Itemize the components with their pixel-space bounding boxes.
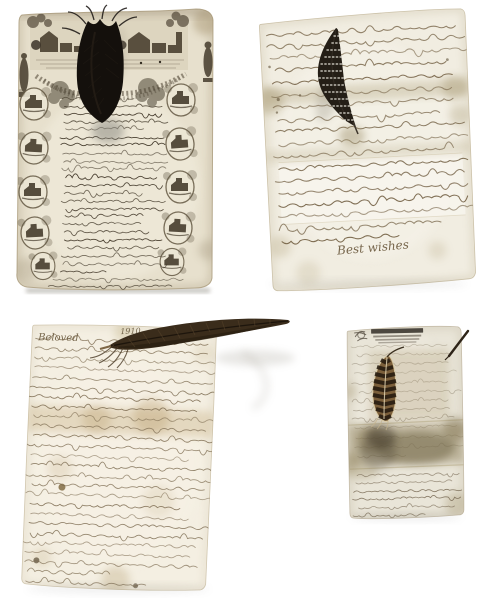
shadow-under-letter2 bbox=[268, 279, 468, 289]
scene-canvas: Best wishes bbox=[0, 0, 490, 601]
feather-bar bbox=[381, 360, 390, 362]
figure bbox=[159, 61, 161, 63]
right-statue-base bbox=[203, 78, 214, 82]
left-statue bbox=[20, 58, 29, 92]
feather-bar bbox=[379, 416, 391, 418]
stain bbox=[198, 240, 218, 260]
foliage bbox=[37, 14, 46, 23]
opening-word: Beloved bbox=[37, 332, 79, 344]
photograph-four-letters: Best wishes bbox=[0, 0, 490, 601]
feather-bar bbox=[377, 367, 393, 369]
foliage bbox=[172, 12, 181, 21]
foliage bbox=[166, 19, 174, 27]
letter-beloved: Beloved 1910 bbox=[21, 319, 219, 597]
shadow-under-letter4 bbox=[350, 513, 462, 521]
feather-tip-shadow bbox=[92, 119, 124, 143]
bouquet bbox=[59, 99, 69, 109]
left-statue-head bbox=[21, 53, 27, 59]
tree bbox=[31, 40, 41, 50]
feather-tip-stain bbox=[339, 126, 365, 146]
letter-wartime: Best wishes bbox=[251, 8, 480, 293]
feather-shadow-soft bbox=[360, 436, 396, 468]
right-statue bbox=[204, 47, 213, 77]
shadow-under-letter3 bbox=[26, 584, 210, 594]
foliage bbox=[44, 19, 52, 27]
bouquet bbox=[136, 90, 148, 102]
right-statue-head bbox=[205, 42, 212, 49]
figure bbox=[140, 62, 142, 64]
bouquet bbox=[147, 97, 157, 107]
